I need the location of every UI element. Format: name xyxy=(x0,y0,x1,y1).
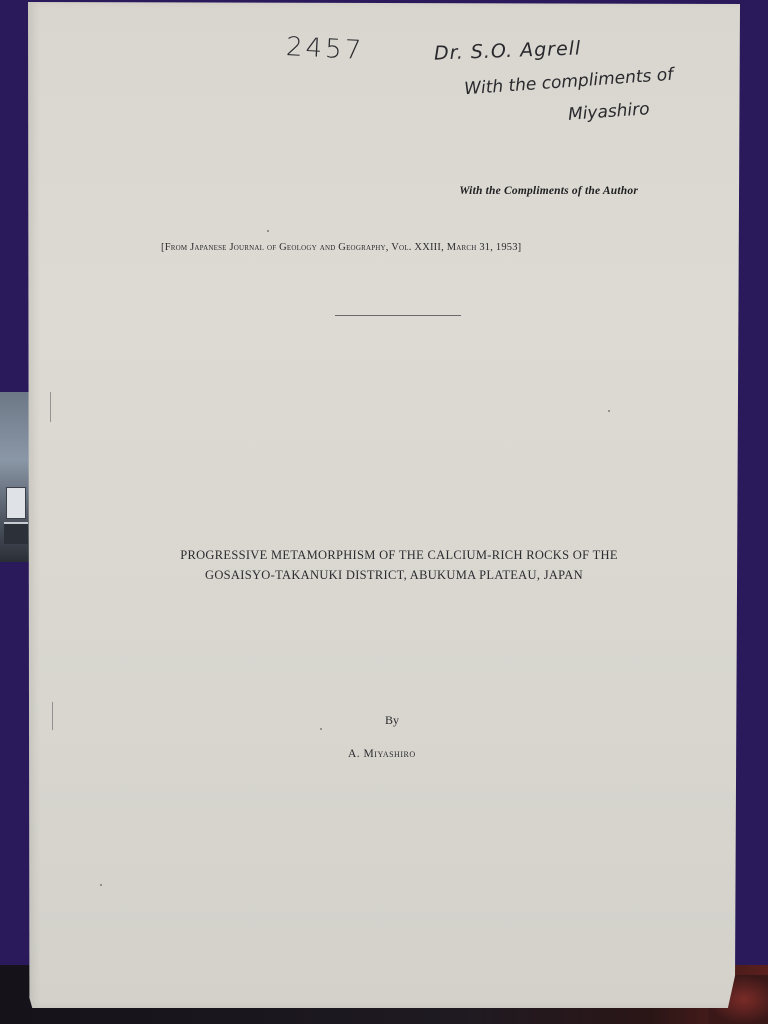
divider-rule xyxy=(335,315,461,316)
author-name: A. Miyashiro xyxy=(348,748,416,760)
background-photo xyxy=(0,392,30,562)
paper-speck xyxy=(608,410,610,412)
source-citation: [From Japanese Journal of Geology and Ge… xyxy=(161,242,521,253)
building-image xyxy=(6,487,26,519)
paper-title: PROGRESSIVE METAMORPHISM OF THE CALCIUM-… xyxy=(28,545,740,585)
paper-speck xyxy=(100,884,102,886)
binding-mark xyxy=(50,392,51,422)
paper-title-line-2: GOSAISYO-TAKANUKI DISTRICT, ABUKUMA PLAT… xyxy=(48,565,740,585)
handwritten-recipient: Dr. S.O. Agrell xyxy=(434,37,582,64)
handwritten-catalog-number: 2457 xyxy=(285,32,365,66)
building-image-base xyxy=(4,522,28,544)
paper-title-line-1: PROGRESSIVE METAMORPHISM OF THE CALCIUM-… xyxy=(58,545,740,565)
handwritten-dedication: With the compliments of xyxy=(464,65,674,100)
handwritten-signature: Miyashiro xyxy=(567,99,650,125)
byline-label: By xyxy=(385,713,399,728)
paper-speck xyxy=(320,728,322,730)
printed-compliments: With the Compliments of the Author xyxy=(459,185,638,197)
paper-speck xyxy=(267,230,269,232)
document-page: 2457 Dr. S.O. Agrell With the compliment… xyxy=(28,2,740,1008)
binding-mark xyxy=(52,702,53,730)
